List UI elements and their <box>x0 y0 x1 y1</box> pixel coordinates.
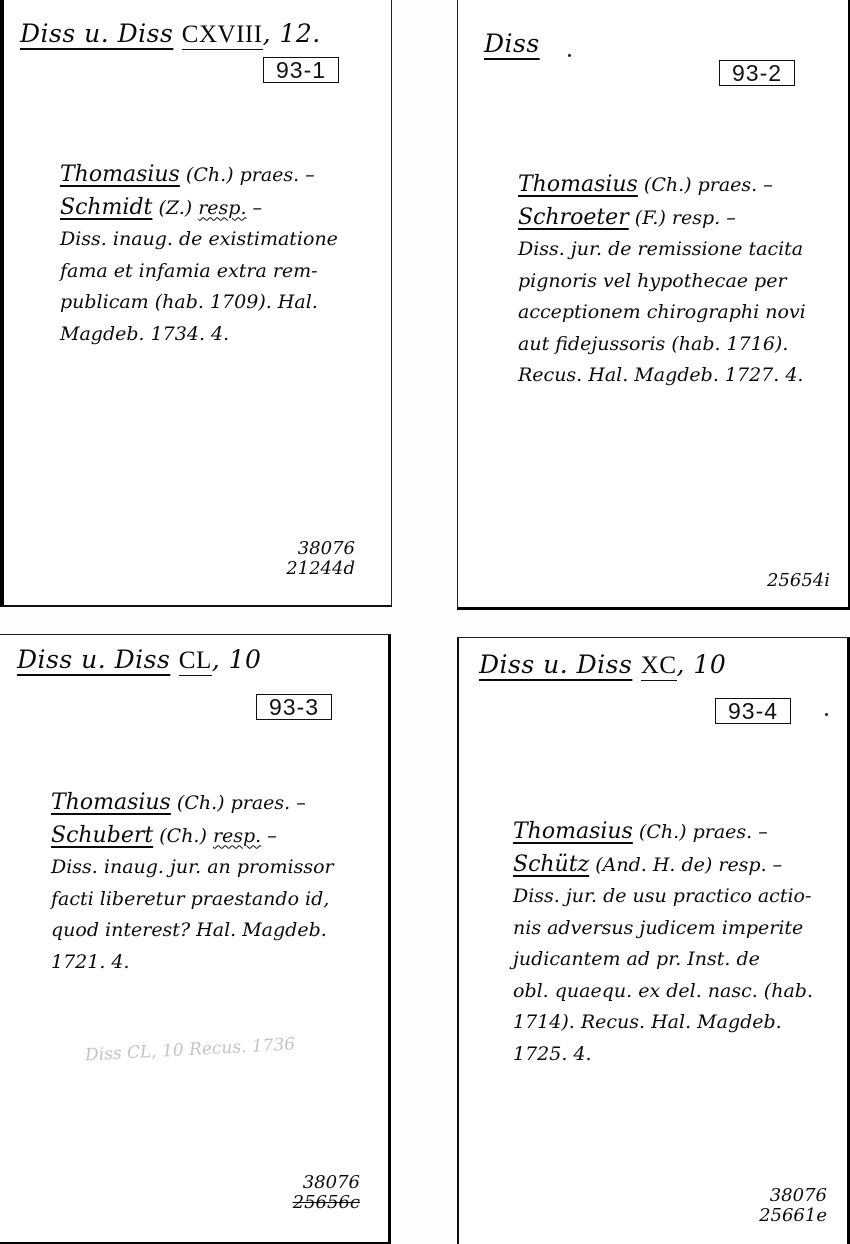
catalogue-card-3: Diss u. Diss CL, 10 93-3 Thomasius (Ch.)… <box>0 634 391 1244</box>
praeses-line: Thomasius (Ch.) praes. – <box>51 787 334 820</box>
entry-line: nis adversus judicem imperite <box>513 913 813 945</box>
praeses-line: Thomasius (Ch.) praes. – <box>518 169 806 202</box>
catalogue-card-4: Diss u. Diss XC, 10 93-4 Thomasius (Ch.)… <box>457 637 850 1244</box>
respondent-line: Schütz (And. H. de) resp. – <box>513 849 813 882</box>
entry-line: 1725. 4. <box>513 1039 813 1071</box>
praeses-name: Thomasius <box>513 819 633 844</box>
respondent-dash: – <box>261 825 277 847</box>
entry-line: pignoris vel hypothecae per <box>518 266 806 298</box>
respondent-role: resp. <box>672 207 720 229</box>
call-number-box: 93-1 <box>263 57 339 83</box>
respondent-dash: – <box>767 854 783 876</box>
ink-dot <box>825 713 828 716</box>
accession-number-1: 38076 <box>293 1173 360 1193</box>
catalogue-entry: Thomasius (Ch.) praes. – Schroeter (F.) … <box>518 169 806 392</box>
accession-number-2: 25661e <box>759 1206 827 1226</box>
praeses-name: Thomasius <box>518 172 638 197</box>
catalogue-entry: Thomasius (Ch.) praes. – Schmidt (Z.) re… <box>60 159 338 350</box>
accession-numbers: 38076 25656c <box>293 1173 360 1213</box>
respondent-line: Schmidt (Z.) resp. – <box>60 192 338 225</box>
respondent-dash: – <box>247 197 263 219</box>
entry-line: 1714). Recus. Hal. Magdeb. <box>513 1007 813 1039</box>
accession-numbers: 25654i <box>767 571 830 591</box>
call-number-box: 93-3 <box>256 694 332 720</box>
accession-number-2: 25654i <box>767 571 830 591</box>
accession-numbers: 38076 21244d <box>286 539 355 579</box>
respondent-role: resp. <box>213 825 261 847</box>
entry-line: Diss. jur. de remissione tacita <box>518 234 806 266</box>
praeses-line: Thomasius (Ch.) praes. – <box>60 159 338 192</box>
entry-line: judicantem ad pr. Inst. de <box>513 944 813 976</box>
praeses-detail: (Ch.) praes. – <box>644 174 773 196</box>
entry-line: 1721. 4. <box>51 947 334 979</box>
respondent-detail: (F.) <box>635 207 666 229</box>
catalogue-entry: Thomasius (Ch.) praes. – Schubert (Ch.) … <box>51 787 334 978</box>
accession-numbers: 38076 25661e <box>759 1186 827 1226</box>
respondent-detail: (Ch.) <box>159 825 207 847</box>
praeses-detail: (Ch.) praes. – <box>186 164 315 186</box>
entry-line: Diss. jur. de usu practico actio- <box>513 881 813 913</box>
accession-number-1: 38076 <box>286 539 355 559</box>
shelfmark: Diss <box>484 29 540 58</box>
entry-line: publicam (hab. 1709). Hal. <box>60 287 338 319</box>
catalogue-card-1: Diss u. Diss CXVIII, 12. 93-1 Thomasius … <box>0 0 392 607</box>
call-number-box: 93-4 <box>715 698 791 724</box>
respondent-name: Schubert <box>51 823 153 848</box>
shelfmark-prefix: Diss u. Diss <box>20 19 173 48</box>
accession-number-1: 38076 <box>759 1186 827 1206</box>
respondent-name: Schütz <box>513 852 589 877</box>
respondent-detail: (Z.) <box>158 197 192 219</box>
respondent-name: Schroeter <box>518 205 629 230</box>
entry-line: Diss. inaug. de existimatione <box>60 224 338 256</box>
entry-line: Magdeb. 1734. 4. <box>60 319 338 351</box>
entry-line: aut fidejussoris (hab. 1716). <box>518 329 806 361</box>
respondent-detail: (And. H. de) <box>595 854 712 876</box>
entry-line: obl. quaequ. ex del. nasc. (hab. <box>513 976 813 1008</box>
respondent-line: Schubert (Ch.) resp. – <box>51 820 334 853</box>
shelfmark: Diss u. Diss XC, 10 <box>479 650 726 680</box>
shelfmark: Diss u. Diss CL, 10 <box>17 645 261 675</box>
shelfmark-prefix: Diss u. Diss <box>479 650 632 679</box>
shelfmark-volume: CL <box>179 647 212 676</box>
accession-number-2: 21244d <box>286 559 355 579</box>
shelfmark-suffix: , 12. <box>263 19 321 48</box>
praeses-line: Thomasius (Ch.) praes. – <box>513 816 813 849</box>
entry-line: facti liberetur praestando id, <box>51 884 334 916</box>
praeses-name: Thomasius <box>51 790 171 815</box>
praeses-name: Thomasius <box>60 162 180 187</box>
respondent-line: Schroeter (F.) resp. – <box>518 202 806 235</box>
catalogue-entry: Thomasius (Ch.) praes. – Schütz (And. H.… <box>513 816 813 1070</box>
call-number-box: 93-2 <box>719 60 795 86</box>
catalogue-card-2: Diss 93-2 Thomasius (Ch.) praes. – Schro… <box>457 0 850 610</box>
shelfmark-prefix: Diss u. Diss <box>17 645 170 674</box>
praeses-detail: (Ch.) praes. – <box>177 792 306 814</box>
shelfmark-prefix: Diss <box>484 29 540 58</box>
entry-line: Diss. inaug. jur. an promissor <box>51 852 334 884</box>
pencil-note: Diss CL, 10 Recus. 1736 <box>85 1035 296 1066</box>
respondent-role: resp. <box>198 197 246 219</box>
ink-dot <box>568 54 571 57</box>
respondent-role: resp. <box>718 854 766 876</box>
shelfmark-volume: CXVIII <box>182 21 263 50</box>
accession-number-2-struck: 25656c <box>293 1193 360 1213</box>
shelfmark: Diss u. Diss CXVIII, 12. <box>20 19 321 49</box>
respondent-dash: – <box>720 207 736 229</box>
respondent-name: Schmidt <box>60 195 152 220</box>
entry-line: acceptionem chirographi novi <box>518 297 806 329</box>
entry-line: Recus. Hal. Magdeb. 1727. 4. <box>518 360 806 392</box>
shelfmark-volume: XC <box>641 652 677 681</box>
entry-line: fama et infamia extra rem- <box>60 256 338 288</box>
shelfmark-suffix: , 10 <box>677 650 727 679</box>
praeses-detail: (Ch.) praes. – <box>639 821 768 843</box>
entry-line: quod interest? Hal. Magdeb. <box>51 915 334 947</box>
shelfmark-suffix: , 10 <box>212 645 262 674</box>
